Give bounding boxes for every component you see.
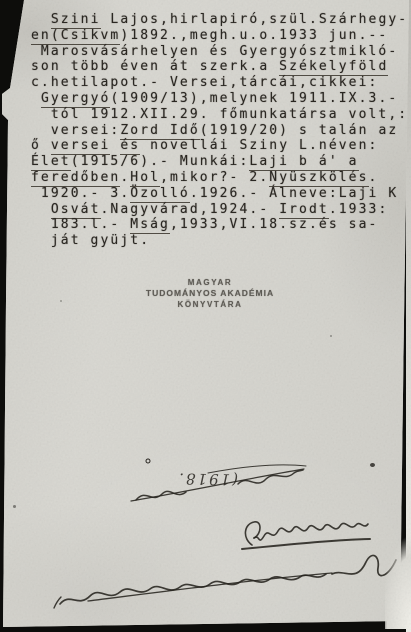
ink-speck xyxy=(13,505,16,508)
scanned-card-photo: Szini Lajos,hirlapiró,szül.Szárhegy-en(C… xyxy=(0,0,411,632)
typed-line: Élet(1915/6).- Munkái:Laji b á' a xyxy=(31,154,408,170)
typed-line: Osvát.Nagyvárad,1924.- Irodt.1933: xyxy=(31,202,408,218)
ink-speck xyxy=(370,463,375,467)
stamp-line: KÖNYVTÁRA xyxy=(115,299,305,311)
typed-line: en(Csikvm)1892.,megh.u.o.1933 jun.-- xyxy=(31,28,408,44)
typed-line: ő versei és novellái Sziny L.néven: xyxy=(31,138,408,154)
typed-line: versei:Zord Idő(1919/20) s talán az xyxy=(31,123,408,139)
typed-line: Gyergyó(1909/13),melynek 1911.IX.3.- xyxy=(31,91,408,107)
typed-line: tól 1912.XII.29. főmunkatársa volt,: xyxy=(31,107,408,123)
typed-line: 183.l.- Mság,1933,VI.18.sz.és sa- xyxy=(31,217,408,233)
ink-speck xyxy=(60,300,62,302)
library-stamp: MAGYAR TUDOMÁNYOS AKADÉMIA KÖNYVTÁRA xyxy=(115,277,305,311)
typed-line: Marosvásárhelyen és Gyergyósztmikló- xyxy=(31,44,408,60)
typed-line: Szini Lajos,hirlapiró,szül.Szárhegy- xyxy=(31,12,408,28)
typed-text: Szini Lajos,hirlapiró,szül.Szárhegy-en(C… xyxy=(31,12,408,249)
typed-line: son több éven át szerk.a Székelyföld xyxy=(31,59,408,75)
ink-speck xyxy=(330,335,332,337)
typed-line: 1920.- 3.Özolló.1926.- Álneve:Laji K xyxy=(31,186,408,202)
handwritten-year: (1918. xyxy=(176,469,238,488)
typed-line: c.hetilapot.- Versei,tárcái,cikkei: xyxy=(31,75,408,91)
stamp-line: TUDOMÁNYOS AKADÉMIA xyxy=(115,288,305,299)
typed-line: ját gyüjt. xyxy=(31,233,408,249)
typed-line: feredőben.Hol,mikor?- 2.Nyüszkölés. xyxy=(31,170,408,186)
stamp-line: MAGYAR xyxy=(115,277,305,288)
